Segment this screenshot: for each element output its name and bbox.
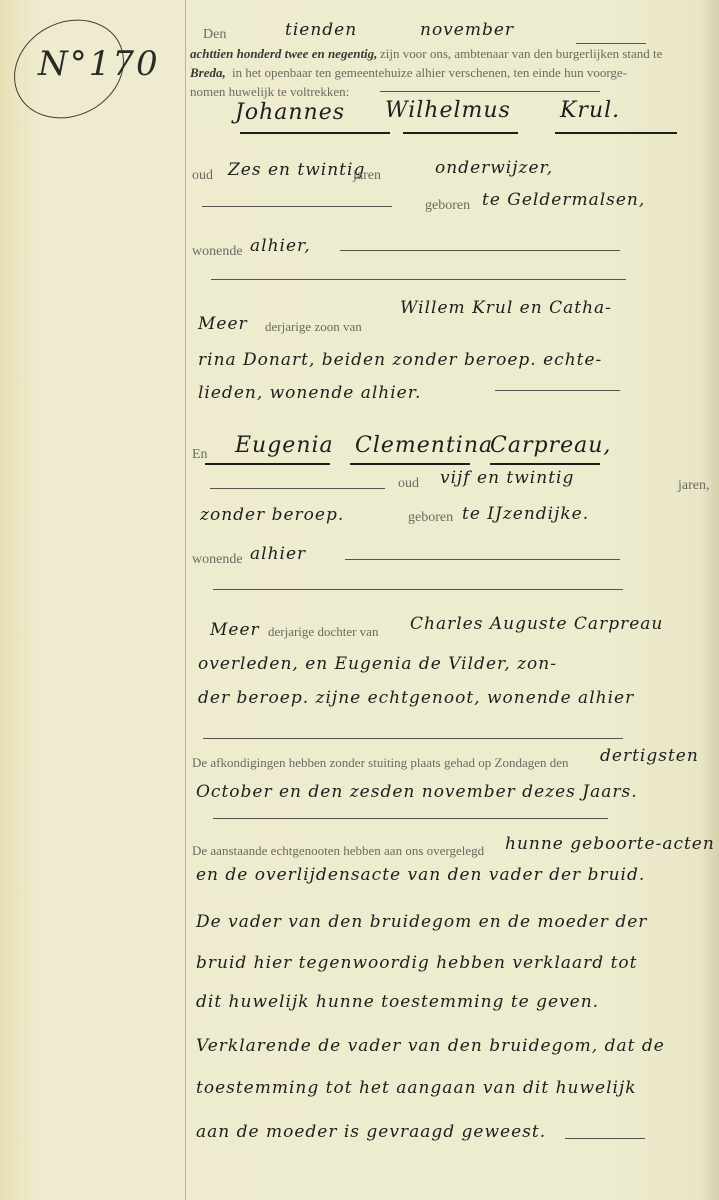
fill-line — [210, 488, 385, 489]
printed-line4: nomen huwelijk te voltrekken: — [190, 84, 349, 100]
printed-jaren: jaren — [353, 168, 381, 184]
fill-line — [495, 390, 620, 391]
hw-groom-birthplace: te Geldermalsen, — [482, 190, 645, 210]
record-number: N°170 — [38, 44, 160, 84]
printed-year: achttien honderd twee en negentig, — [190, 46, 377, 62]
hw-bride-parents-prefix: Meer — [210, 620, 260, 640]
printed-en: En — [192, 447, 208, 463]
hw-consent-5: toestemming tot het aangaan van dit huwe… — [196, 1078, 637, 1098]
fill-line — [213, 818, 608, 819]
hw-groom-parents-3: lieden, wonende alhier. — [198, 383, 421, 403]
fill-line — [203, 738, 623, 739]
hw-groom-father: Willem Krul en Catha- — [400, 298, 612, 318]
hw-bride-last: Carpreau, — [490, 433, 611, 458]
hw-consent-2: bruid hier tegenwoordig hebben verklaard… — [196, 953, 638, 973]
hw-date-day: tienden — [285, 20, 357, 40]
printed-dochter: derjarige dochter van — [268, 624, 378, 640]
underline — [490, 463, 600, 465]
printed-line3: in het openbaar ten gemeentehuize alhier… — [232, 65, 627, 81]
printed-wonende-2: wonende — [192, 552, 243, 568]
fill-line — [211, 279, 626, 280]
hw-docs-1: hunne geboorte-acten — [505, 834, 715, 854]
hw-docs-2: en de overlijdensacte van den vader der … — [196, 865, 645, 885]
printed-jaren-2: jaren, — [678, 478, 709, 494]
printed-oud: oud — [192, 168, 213, 184]
hw-groom-middle: Wilhelmus — [385, 98, 511, 123]
hw-groom-residence: alhier, — [250, 236, 311, 256]
printed-den: Den — [203, 27, 226, 43]
hw-consent-3: dit huwelijk hunne toestemming te geven. — [196, 992, 599, 1012]
printed-line2: zijn voor ons, ambtenaar van den burgerl… — [380, 46, 662, 62]
fill-line — [380, 91, 600, 92]
hw-consent-1: De vader van den bruidegom en de moeder … — [196, 912, 647, 932]
hw-bride-first: Eugenia — [235, 433, 334, 458]
margin-rule — [185, 0, 186, 1200]
fill-line — [213, 589, 623, 590]
printed-aanstaande: De aanstaande echtgenooten hebben aan on… — [192, 843, 484, 859]
hw-groom-age: Zes en twintig — [228, 160, 365, 180]
hw-banns-1: dertigsten — [600, 746, 699, 766]
fill-line — [565, 1138, 645, 1139]
hw-bride-age: vijf en twintig — [440, 468, 574, 488]
hw-bride-residence: alhier — [250, 544, 306, 564]
printed-wonende: wonende — [192, 244, 243, 260]
hw-bride-profession: zonder beroep. — [200, 505, 344, 525]
hw-date-month: november — [420, 20, 514, 40]
printed-zoon: derjarige zoon van — [265, 319, 362, 335]
hw-bride-father: Charles Auguste Carpreau — [410, 614, 663, 634]
hw-groom-parents-2: rina Donart, beiden zonder beroep. echte… — [198, 350, 602, 370]
printed-oud-2: oud — [398, 476, 419, 492]
printed-geboren: geboren — [425, 198, 470, 214]
hw-groom-last: Krul. — [560, 98, 620, 123]
hw-groom-first: Johannes — [235, 100, 345, 125]
hw-banns-2: October en den zesden november dezes Jaa… — [196, 782, 638, 802]
hw-bride-birthplace: te IJzendijke. — [462, 504, 589, 524]
underline — [350, 463, 470, 465]
hw-consent-6: aan de moeder is gevraagd geweest. — [196, 1122, 546, 1142]
hw-bride-parents-2: overleden, en Eugenia de Vilder, zon- — [198, 654, 557, 674]
hw-consent-4: Verklarende de vader van den bruidegom, … — [196, 1036, 665, 1056]
underline — [403, 132, 518, 134]
printed-geboren-2: geboren — [408, 510, 453, 526]
printed-afkondigingen: De afkondigingen hebben zonder stuiting … — [192, 755, 569, 771]
hw-bride-parents-3: der beroep. zijne echtgenoot, wonende al… — [198, 688, 634, 708]
hw-groom-parents-prefix: Meer — [198, 314, 248, 334]
fill-line — [576, 43, 646, 44]
fill-line — [345, 559, 620, 560]
fill-line — [202, 206, 392, 207]
hw-bride-middle: Clementina — [355, 433, 493, 458]
printed-breda: Breda, — [190, 65, 226, 81]
underline — [240, 132, 390, 134]
fill-line — [340, 250, 620, 251]
underline — [205, 463, 330, 465]
hw-groom-profession: onderwijzer, — [435, 158, 553, 178]
underline — [555, 132, 677, 134]
